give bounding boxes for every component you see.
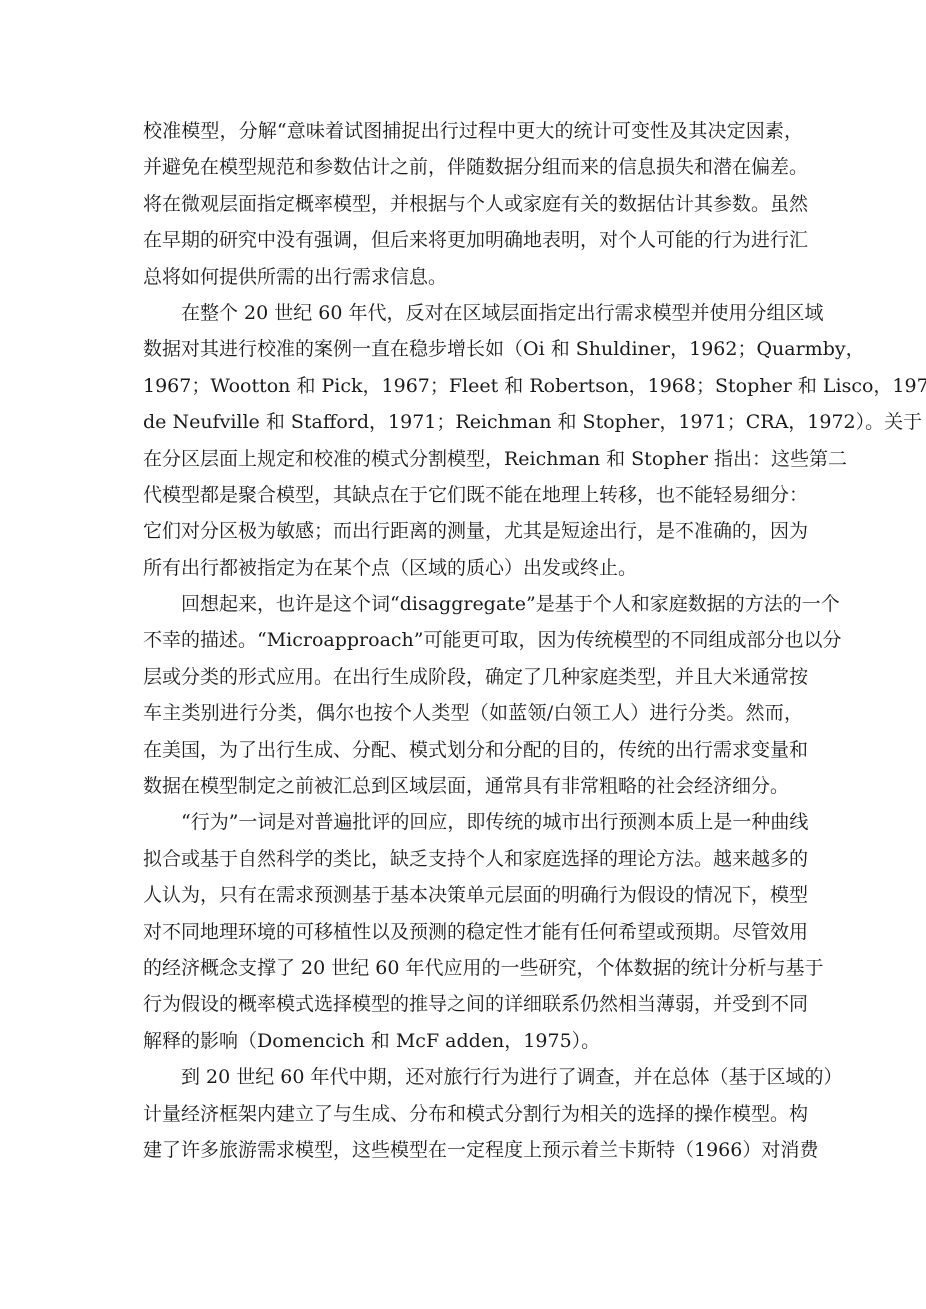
text-line: 1967；Wootton 和 Pick，1967；Fleet 和 Roberts… <box>143 368 803 404</box>
text-line: 所有出行都被指定为在某个点（区域的质心）出发或终止。 <box>143 550 803 586</box>
paragraph-5: 到 20 世纪 60 年代中期，还对旅行行为进行了调查，并在总体（基于区域的） … <box>143 1059 803 1168</box>
text-line: 数据对其进行校准的案例一直在稳步增长如（Oi 和 Shuldiner，1962；… <box>143 331 803 367</box>
text-line: “行为”一词是对普遍批评的回应，即传统的城市出行预测本质上是一种曲线 <box>143 804 803 840</box>
text-line: 数据在模型制定之前被汇总到区域层面，通常具有非常粗略的社会经济细分。 <box>143 768 803 804</box>
text-line: 在美国，为了出行生成、分配、模式划分和分配的目的，传统的出行需求变量和 <box>143 732 803 768</box>
paragraph-1: 校准模型，分解“意味着试图捕捉出行过程中更大的统计可变性及其决定因素， 并避免在… <box>143 113 803 295</box>
text-line: 人认为，只有在需求预测基于基本决策单元层面的明确行为假设的情况下，模型 <box>143 877 803 913</box>
text-line: 的经济概念支撑了 20 世纪 60 年代应用的一些研究，个体数据的统计分析与基于 <box>143 950 803 986</box>
text-line: 在整个 20 世纪 60 年代，反对在区域层面指定出行需求模型并使用分组区域 <box>143 295 803 331</box>
text-line: 解释的影响（Domencich 和 McF adden，1975）。 <box>143 1023 803 1059</box>
text-line: 它们对分区极为敏感；而出行距离的测量，尤其是短途出行，是不准确的，因为 <box>143 513 803 549</box>
text-line: 并避免在模型规范和参数估计之前，伴随数据分组而来的信息损失和潜在偏差。 <box>143 149 803 185</box>
text-line: 在早期的研究中没有强调，但后来将更加明确地表明，对个人可能的行为进行汇 <box>143 222 803 258</box>
text-line: 在分区层面上规定和校准的模式分割模型，Reichman 和 Stopher 指出… <box>143 441 803 477</box>
text-line: 回想起来，也许是这个词“disaggregate”是基于个人和家庭数据的方法的一… <box>143 586 803 622</box>
text-line: 行为假设的概率模式选择模型的推导之间的详细联系仍然相当薄弱，并受到不同 <box>143 986 803 1022</box>
text-line: 车主类别进行分类，偶尔也按个人类型（如蓝领/白领工人）进行分类。然而， <box>143 695 803 731</box>
text-line: 将在微观层面指定概率模型，并根据与个人或家庭有关的数据估计其参数。虽然 <box>143 186 803 222</box>
text-line: 总将如何提供所需的出行需求信息。 <box>143 259 803 295</box>
paragraph-2: 在整个 20 世纪 60 年代，反对在区域层面指定出行需求模型并使用分组区域 数… <box>143 295 803 586</box>
text-line: 计量经济框架内建立了与生成、分布和模式分割行为相关的选择的操作模型。构 <box>143 1096 803 1132</box>
text-line: 对不同地理环境的可移植性以及预测的稳定性才能有任何希望或预期。尽管效用 <box>143 914 803 950</box>
paragraph-3: 回想起来，也许是这个词“disaggregate”是基于个人和家庭数据的方法的一… <box>143 586 803 804</box>
text-line: 不幸的描述。“Microapproach”可能更可取，因为传统模型的不同组成部分… <box>143 622 803 658</box>
text-line: 到 20 世纪 60 年代中期，还对旅行行为进行了调查，并在总体（基于区域的） <box>143 1059 803 1095</box>
text-line: 拟合或基于自然科学的类比，缺乏支持个人和家庭选择的理论方法。越来越多的 <box>143 841 803 877</box>
paragraph-4: “行为”一词是对普遍批评的回应，即传统的城市出行预测本质上是一种曲线 拟合或基于… <box>143 804 803 1059</box>
text-line: 层或分类的形式应用。在出行生成阶段，确定了几种家庭类型，并且大米通常按 <box>143 659 803 695</box>
text-line: 建了许多旅游需求模型，这些模型在一定程度上预示着兰卡斯特（1966）对消费 <box>143 1132 803 1168</box>
text-line: de Neufville 和 Stafford，1971；Reichman 和 … <box>143 404 803 440</box>
document-page: 校准模型，分解“意味着试图捕捉出行过程中更大的统计可变性及其决定因素， 并避免在… <box>143 113 803 1168</box>
text-line: 校准模型，分解“意味着试图捕捉出行过程中更大的统计可变性及其决定因素， <box>143 113 803 149</box>
text-line: 代模型都是聚合模型，其缺点在于它们既不能在地理上转移，也不能轻易细分： <box>143 477 803 513</box>
